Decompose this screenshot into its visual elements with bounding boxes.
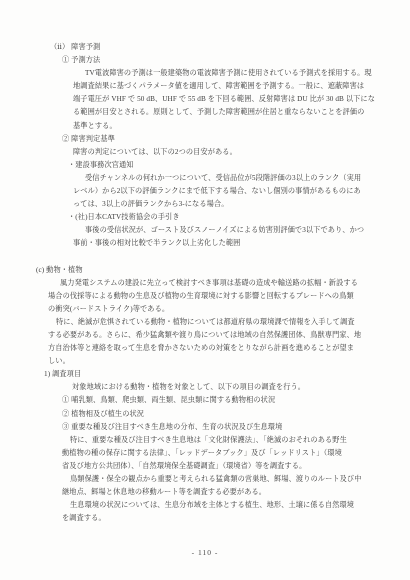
text-line: 動植物の種の保存に関する法律」、「レッドデータブック」及び「レッドリスト」（環境 bbox=[36, 447, 388, 460]
text-line: 継地点、餌場と休息地の移動ルート等を調査する必要がある。 bbox=[36, 486, 388, 499]
text-line: 場合の伐採等による動物の生息及び植物の生育環境に対する影響と回転するブレードへの… bbox=[36, 290, 388, 303]
text-line: 省及び地方公共団体）、「自然環境保全基礎調査」（環境省）等を調査する。 bbox=[36, 460, 388, 473]
text-line: 方自治体等と連絡を取って生息を脅かさないための対策をとりながら計画を進めることが… bbox=[36, 342, 388, 355]
text-line: ① 予測方法 bbox=[36, 54, 388, 67]
document-page: （ⅱ） 障害予測① 予測方法TV電波障害の予測は一般建築物の電波障害予測に使用さ… bbox=[0, 0, 410, 580]
text-line: ② 植物相及び植生の状況 bbox=[36, 408, 388, 421]
text-line: (c) 動物・植物 bbox=[36, 264, 388, 277]
text-line: 地調査結果に基づくパラメータ値を適用して、障害範囲を予測する。一般に、遮蔽障害は bbox=[36, 80, 388, 93]
text-line: の衝突(バードストライク)等である。 bbox=[36, 303, 388, 316]
page-body: （ⅱ） 障害予測① 予測方法TV電波障害の予測は一般建築物の電波障害予測に使用さ… bbox=[36, 41, 388, 525]
text-line: ・(社)日本CATV技術協会の手引き bbox=[36, 211, 388, 224]
text-line: 鳥類保護・保全の観点から重要と考えられる猛禽類の営巣地、餌場、渡りのルート及び中 bbox=[36, 473, 388, 486]
text-line: 特に、絶滅が危惧されている動物・植物については都道府県の環境課で情報を入手して調… bbox=[36, 316, 388, 329]
text-line: を調査する。 bbox=[36, 512, 388, 525]
text-line: 受信チャンネルの何れか一つについて、受信品位が5段階評価の3以上のランク（実用 bbox=[36, 172, 388, 185]
text-line: TV電波障害の予測は一般建築物の電波障害予測に使用されている予測式を採用する。現 bbox=[36, 67, 388, 80]
text-line: 生息環境の状況については、生息分布域を主体とする植生、地形、土壌に係る自然環境 bbox=[36, 499, 388, 512]
text-line: 風力発電システムの建設に先立って検討すべき事項は基礎の造成や輸送路の拡幅・新設す… bbox=[36, 277, 388, 290]
text-line: しい。 bbox=[36, 355, 388, 368]
text-line: っては、3以上の評価ランクから3-になる場合。 bbox=[36, 198, 388, 211]
page-number: - 110 - bbox=[0, 548, 410, 557]
text-line: 事前・事後の相対比較で半ランク以上劣化した範囲 bbox=[36, 237, 388, 250]
text-line: 対象地域における動物・植物を対象として、以下の項目の調査を行う。 bbox=[36, 381, 388, 394]
text-line: 事後の受信状況が、ゴースト及びスノーノイズによる妨害別評価で3以下であり、かつ bbox=[36, 224, 388, 237]
text-line: する必要がある。さらに、希少猛禽類や渡り鳥については地域の自然保護団体、鳥獣専門… bbox=[36, 329, 388, 342]
text-line: る範囲が目安とされる。原則として、予測した障害範囲が住居と重ならないことを評価の bbox=[36, 106, 388, 119]
text-line: （ⅱ） 障害予測 bbox=[36, 41, 388, 54]
text-line: ・建設事務次官通知 bbox=[36, 159, 388, 172]
text-line: 1) 調査項目 bbox=[36, 368, 388, 381]
text-line: 基準とする。 bbox=[36, 120, 388, 133]
text-line: ③ 重要な種及び注目すべき生息地の分布、生育の状況及び生息環境 bbox=[36, 421, 388, 434]
text-line: 端子電圧が VHF で 50 dB、UHF で 55 dB を下回る範囲、反射障… bbox=[36, 93, 388, 106]
text-line: ② 障害判定基準 bbox=[36, 133, 388, 146]
text-line: ① 哺乳類、鳥類、爬虫類、両生類、昆虫類に関する動物相の状況 bbox=[36, 394, 388, 407]
text-line: 障害の判定については、以下の2つの目安がある。 bbox=[36, 146, 388, 159]
text-line: レベル）から2以下の評価ランクにまで低下する場合、ないし個別の事情があるものにあ bbox=[36, 185, 388, 198]
text-line: 特に、重要な種及び注目すべき生息地は「文化財保護法」、「絶滅のおそれのある野生 bbox=[36, 434, 388, 447]
